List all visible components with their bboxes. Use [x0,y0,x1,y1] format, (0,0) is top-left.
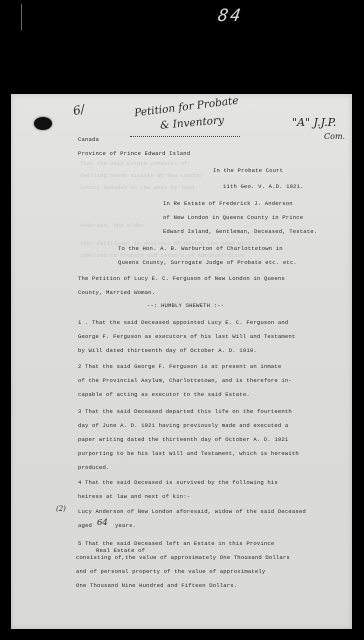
petition-heading: --: HUMBLY SHEWETH :-- [147,302,224,309]
handwritten-page-mark: 6/ [72,102,86,118]
header-country: Canada [78,136,99,143]
paragraph-5-line: consisting of,the value of approximately… [76,554,290,561]
paragraph-2-line: of the Provincial Asylum, Charlottetown,… [78,377,292,384]
in-re-line2: of New London in Queens County in Prince [163,214,303,221]
frame-number: 84 [217,6,244,26]
paragraph-5-insertion: Real Estate of [96,547,145,554]
paragraph-1-line: 1 . That the said Deceased appointed Luc… [78,319,288,326]
bleed-through-text: admitted to Probate and Letters of Admin… [80,252,244,259]
handwritten-exhibit-mark: "A" J.J.P. [292,116,336,129]
header-court: In the Probate Court [213,167,283,174]
paragraph-3-line: paper writing dated the thirteenth day o… [78,436,288,443]
paragraph-5-line: One Thousand Nine Hundred and Fifteen Do… [76,582,237,589]
handwritten-age: 64 [97,518,108,528]
paragraph-2-line: capable of acting as executor to the sai… [78,391,250,398]
handwritten-margin-note: (2) [56,505,66,513]
paragraph-3-line: purporting to be his last Will and Testa… [78,450,299,457]
address-line1: To the Hon. A. B. Warburton of Charlotte… [118,245,283,252]
handwritten-underline [130,132,240,137]
paragraph-3-line: 3 That the said Deceased departed this l… [78,408,292,415]
header-province: Province of Prince Edward Island [78,150,190,157]
bleed-through-text: Anderson, the elder [80,222,144,229]
punch-hole [34,117,52,130]
paragraph-4-line: 4 That the said Deceased is survived by … [78,479,278,486]
handwritten-exhibit-sub: Com. [324,132,345,141]
address-line2: Queens County, Surrogate Judge of Probat… [118,259,297,266]
paragraph-1-line: George F. Ferguson as executors of his l… [78,333,295,340]
paragraph-4-line: Lucy Anderson of New London aforesaid, w… [78,508,306,515]
bleed-through-text: County bounded on the west by land [80,184,194,191]
paragraph-4-line: aged [78,522,92,529]
paragraph-3-line: day of June A. D. 1921 having previously… [78,422,288,429]
in-re-line3: Edward Island, Gentleman, Deceased, Test… [163,228,317,235]
paragraph-4-line: heiress at law and next of kin:- [78,493,190,500]
petition-line1: The Petition of Lucy E. C. Ferguson of N… [78,275,285,282]
paragraph-2-line: 2 That the said George F. Ferguson is at… [78,363,281,370]
paragraph-5-line: and of personal property of the value of… [76,568,265,575]
bleed-through-text: dwelling house situate at New London [80,172,201,179]
in-re-line1: In Re Estate of Frederick J. Anderson [163,200,293,207]
bleed-through-text: That the said Estate consists of [80,160,187,167]
petition-line2: County, Married Woman. [78,289,155,296]
paragraph-5-line: 5 That the said Deceased left an Estate … [78,540,274,547]
header-regnal-date: 11th Geo. V. A.D. 1921. [223,183,304,190]
frame-mark [21,4,22,30]
paragraph-3-line: produced. [78,464,110,471]
paragraph-4-line: years. [115,522,136,529]
paragraph-1-line: by Will dated thirteenth day of October … [78,347,257,354]
